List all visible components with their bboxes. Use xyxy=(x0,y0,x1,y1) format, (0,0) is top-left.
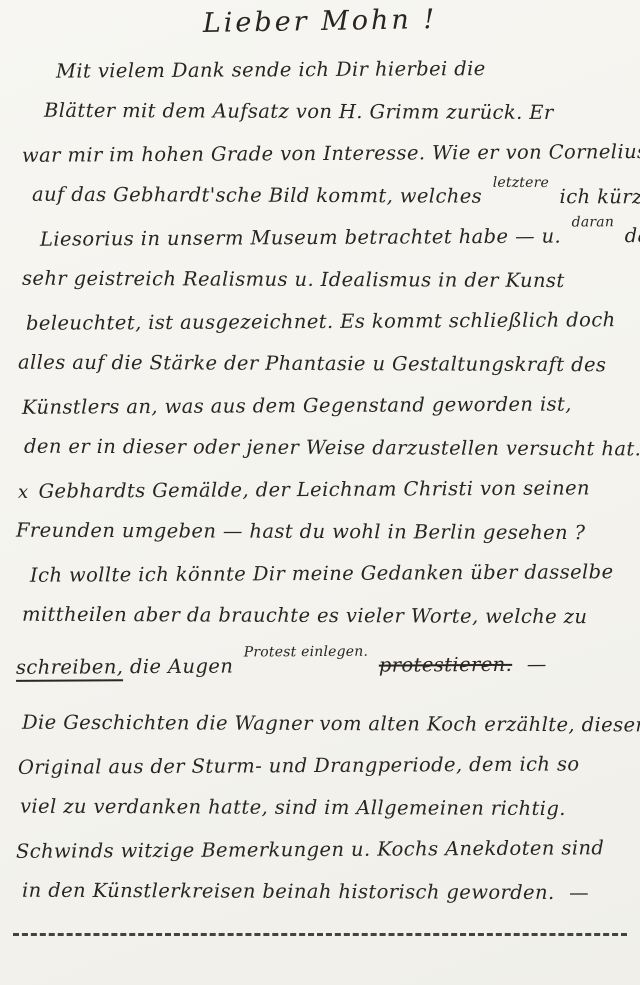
line-text: Künstlers an, was aus dem Gegenstand gew… xyxy=(22,392,572,418)
line-text: Die Geschichten die Wagner vom alten Koc… xyxy=(22,711,640,737)
line-text: alles auf die Stärke der Phantasie u Ges… xyxy=(18,351,606,377)
line-text: den er in dieser oder jener Weise darzus… xyxy=(24,435,640,461)
trailing-dash: — xyxy=(527,653,547,676)
line-text: viel zu verdanken hatte, sind im Allgeme… xyxy=(20,795,566,820)
underlined-text: schreiben, xyxy=(16,655,124,682)
letter-line: in den Künstlerkreisen beinah historisch… xyxy=(16,874,628,919)
inserted-correction: letztere xyxy=(493,166,549,200)
line-text: Ich wollte ich könnte Dir meine Gedanken… xyxy=(30,560,614,587)
bottom-dashed-divider xyxy=(13,933,627,936)
letter-line: beleuchtet, ist ausgezeichnet. Es kommt … xyxy=(16,303,628,349)
letter-line: Freunden umgeben — hast du wohl in Berli… xyxy=(16,514,628,559)
letter-line: schreiben, die Augen Protest einlegen. p… xyxy=(16,647,628,693)
line-text: mittheilen aber da brauchte es vieler Wo… xyxy=(22,603,587,628)
margin-annotation-x: x xyxy=(18,476,29,510)
line-text: beleuchtet, ist ausgezeichnet. Es kommt … xyxy=(26,308,616,335)
letter-line: Schwinds witzige Bemerkungen u. Kochs An… xyxy=(16,831,628,877)
line-text: auf das Gebhardt'sche Bild kommt, welche… xyxy=(32,183,482,208)
line-text: Freunden umgeben — hast du wohl in Berli… xyxy=(16,519,586,544)
letter-line: Ich wollte ich könnte Dir meine Gedanken… xyxy=(16,555,628,601)
letter-line: Künstlers an, was aus dem Gegenstand gew… xyxy=(16,387,628,433)
trailing-dash: — xyxy=(569,881,589,904)
struck-text: protestieren. xyxy=(379,653,512,677)
line-text: die Augen xyxy=(130,655,233,679)
letter-body: Mit vielem Dank sende ich Dir hierbei di… xyxy=(0,37,640,917)
line-text: war mir im hohen Grade von Interesse. Wi… xyxy=(22,140,640,167)
letter-line: Die Geschichten die Wagner vom alten Koc… xyxy=(16,706,628,751)
letter-line: den er in dieser oder jener Weise darzus… xyxy=(16,430,628,475)
letter-line: Blätter mit dem Aufsatz von H. Grimm zur… xyxy=(16,94,628,139)
letter-line: alles auf die Stärke der Phantasie u Ges… xyxy=(16,346,628,391)
line-text: Gebhardts Gemälde, der Leichnam Christi … xyxy=(38,476,590,502)
inserted-correction: daran xyxy=(572,205,615,239)
line-text: in den Künstlerkreisen beinah historisch… xyxy=(22,879,555,904)
letter-line: Liesorius in unserm Museum betrachtet ha… xyxy=(16,219,628,265)
letter-line: auf das Gebhardt'sche Bild kommt, welche… xyxy=(16,178,628,223)
letter-line: Original aus der Sturm- und Drangperiode… xyxy=(16,747,628,793)
line-text: Blätter mit dem Aufsatz von H. Grimm zur… xyxy=(44,99,554,124)
letter-line: viel zu verdanken hatte, sind im Allgeme… xyxy=(16,790,628,835)
line-text: damit xyxy=(625,224,640,247)
line-text: Mit vielem Dank sende ich Dir hierbei di… xyxy=(56,57,486,83)
letter-scan: Lieber Mohn ! Mit vielem Dank sende ich … xyxy=(0,0,640,985)
letter-line: xGebhardts Gemälde, der Leichnam Christi… xyxy=(16,471,628,517)
line-text: Schwinds witzige Bemerkungen u. Kochs An… xyxy=(16,836,604,863)
letter-line: Mit vielem Dank sende ich Dir hierbei di… xyxy=(16,51,628,97)
line-text: sehr geistreich Realismus u. Idealismus … xyxy=(22,267,565,292)
line-text: Original aus der Sturm- und Drangperiode… xyxy=(18,752,580,778)
letter-line: sehr geistreich Realismus u. Idealismus … xyxy=(16,262,628,307)
line-text: Liesorius in unserm Museum betrachtet ha… xyxy=(40,225,561,251)
inserted-correction: Protest einlegen. xyxy=(244,635,369,670)
